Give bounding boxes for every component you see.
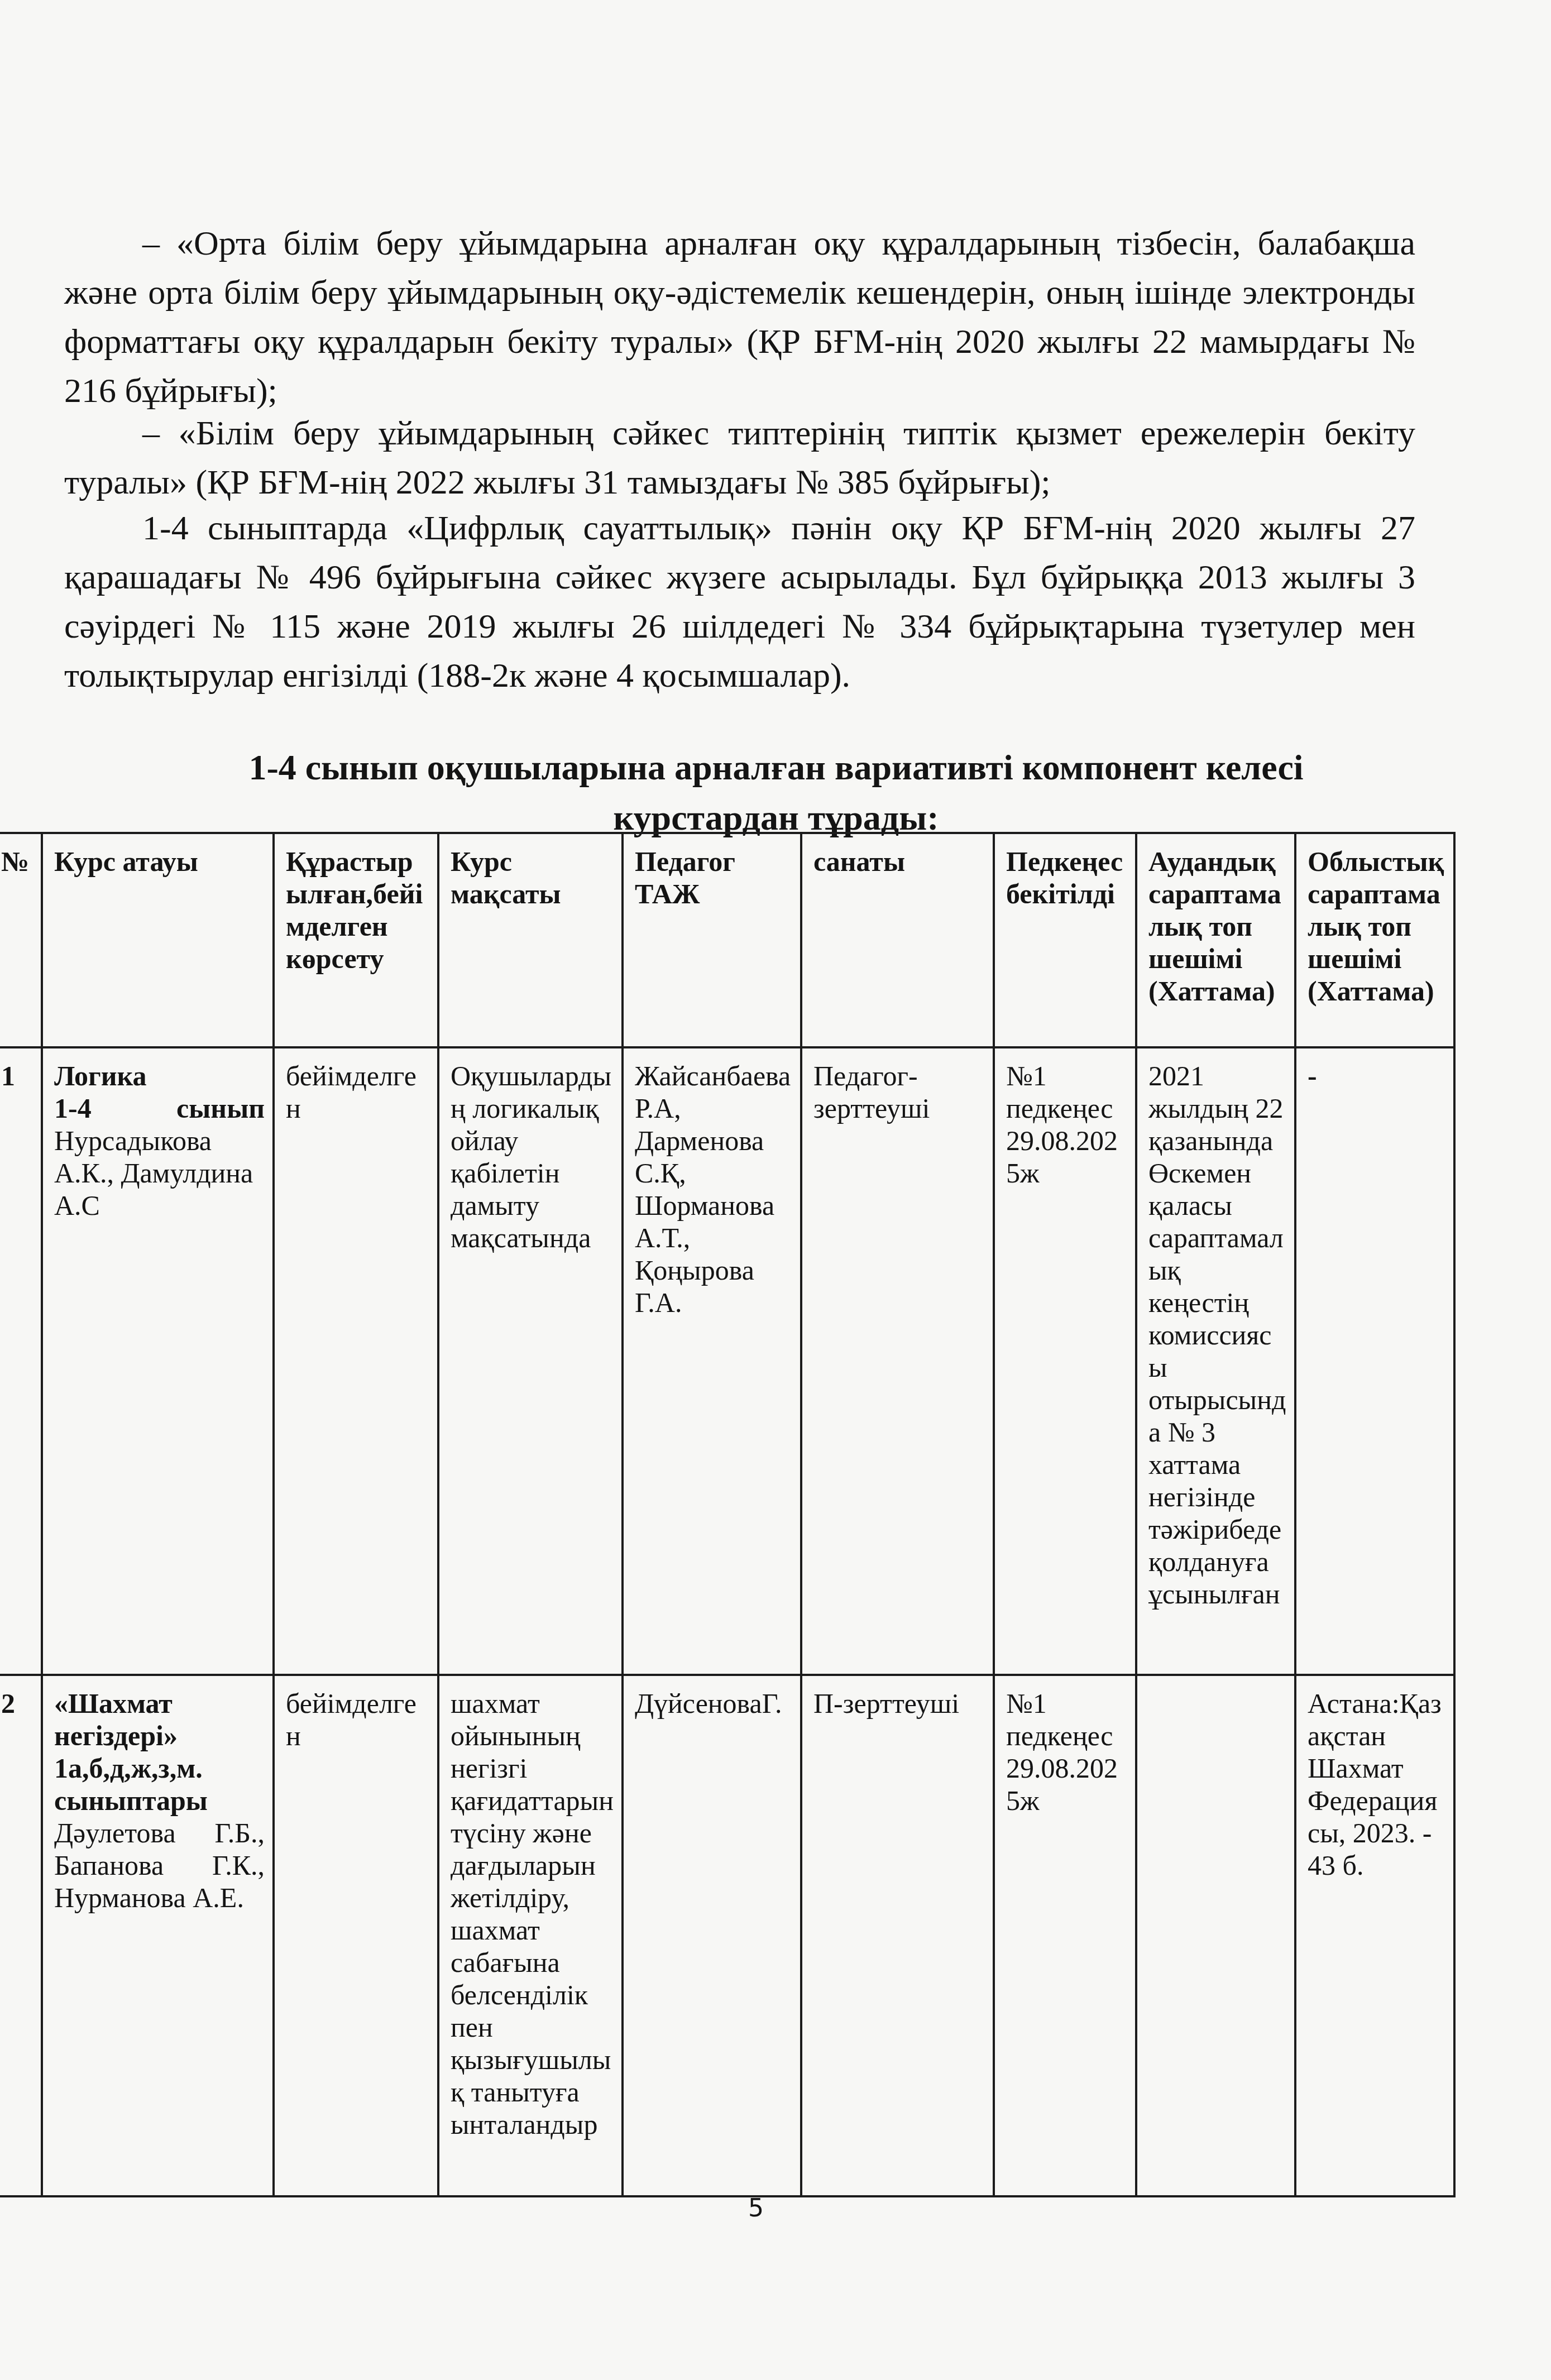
course-authors: Дәулетова Г.Б., Бапанова Г.К., Нурманова…	[54, 1817, 265, 1914]
course-title: Логика	[54, 1060, 265, 1092]
goal-cell: Оқушылардың логикалық ойлау қабілетін да…	[438, 1047, 623, 1675]
header-category: санаты	[801, 833, 994, 1047]
paragraph-digital-literacy: 1-4 сыныптарда «Цифрлық сауаттылық» пәні…	[64, 504, 1415, 700]
teachers-cell: ДүйсеноваГ.	[623, 1675, 801, 2196]
teachers-cell: Жайсанбаева Р.А, Дарменова С.Қ, Шорманов…	[623, 1047, 801, 1675]
header-type: Құрастырылған,бейімделген көрсету	[274, 833, 438, 1047]
pedcouncil-cell: №1 педкеңес 29.08.2025ж	[994, 1675, 1136, 2196]
header-course-name: Курс атауы	[42, 833, 274, 1047]
course-title: «Шахмат негіздері» 1а,б,д,ж,з,м. сыныпта…	[54, 1687, 265, 1817]
category-cell: П-зерттеуші	[801, 1675, 994, 2196]
goal-cell: шахмат ойынының негізгі қағидаттарын түс…	[438, 1675, 623, 2196]
course-name-cell: «Шахмат негіздері» 1а,б,д,ж,з,м. сыныпта…	[42, 1675, 274, 2196]
course-authors: Нурсадыкова А.К., Дамулдина А.С	[54, 1124, 265, 1222]
row-number: 2	[0, 1675, 42, 2196]
row-number: 1	[0, 1047, 42, 1675]
type-cell: бейімделген	[274, 1675, 438, 2196]
region-decision-cell: -	[1295, 1047, 1454, 1675]
category-cell: Педагог-зерттеуші	[801, 1047, 994, 1675]
district-decision-cell	[1136, 1675, 1295, 2196]
table-row: 2 «Шахмат негіздері» 1а,б,д,ж,з,м. сынып…	[0, 1675, 1454, 2196]
type-cell: бейімделген	[274, 1047, 438, 1675]
pedcouncil-cell: №1 педкеңес 29.08.2025ж	[994, 1047, 1136, 1675]
region-decision-cell: Астана:Қазақстан Шахмат Федерациясы, 202…	[1295, 1675, 1454, 2196]
header-teachers: Педагог ТАЖ	[623, 833, 801, 1047]
course-grades: 1-4 сынып	[54, 1092, 265, 1124]
header-district-decision: Аудандық сараптамалық топ шешімі (Хаттам…	[1136, 833, 1295, 1047]
header-region-decision: Облыстық сараптамалық топ шешімі (Хаттам…	[1295, 833, 1454, 1047]
header-pedcouncil: Педкеңес бекітілді	[994, 833, 1136, 1047]
header-number: №	[0, 833, 42, 1047]
paragraph-textbook-order: – «Орта білім беру ұйымдарына арналған о…	[64, 219, 1415, 415]
paragraph-standard-rules-order: – «Білім беру ұйымдарының сәйкес типтері…	[64, 409, 1415, 507]
course-name-cell: Логика 1-4 сынып Нурсадыкова А.К., Дамул…	[42, 1047, 274, 1675]
courses-table: № Курс атауы Құрастырылған,бейімделген к…	[0, 832, 1456, 2197]
table-row: 1 Логика 1-4 сынып Нурсадыкова А.К., Дам…	[0, 1047, 1454, 1675]
table-header-row: № Курс атауы Құрастырылған,бейімделген к…	[0, 833, 1454, 1047]
header-goal: Курс мақсаты	[438, 833, 623, 1047]
district-decision-cell: 2021 жылдың 22 қазанында Өскемен қаласы …	[1136, 1047, 1295, 1675]
page-number: 5	[748, 2194, 764, 2223]
document-page: – «Орта білім беру ұйымдарына арналған о…	[0, 0, 1551, 2380]
section-title: 1-4 сынып оқушыларына арналған вариативт…	[167, 743, 1385, 843]
